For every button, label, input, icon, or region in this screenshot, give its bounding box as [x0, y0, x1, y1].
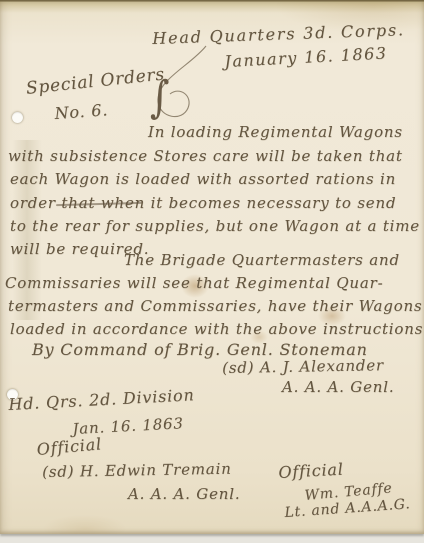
- signature-alexander-title: A. A. A. Genl.: [282, 378, 394, 396]
- endorsement-hq-line: Hd. Qrs. 2d. Division: [8, 385, 195, 414]
- punch-hole-top: [12, 112, 23, 123]
- signature-teaffe-title: Lt. and A.A.A.G.: [284, 496, 411, 522]
- order-number: No. 6.: [54, 100, 109, 123]
- body-line: with subsistence Stores care will be tak…: [8, 147, 403, 165]
- order-brace: ∫: [150, 72, 169, 123]
- signature-tremain-title: A. A. A. Genl.: [128, 485, 240, 503]
- command-line: By Command of Brig. Genl. Stoneman: [32, 340, 368, 359]
- official2-label: Official: [278, 460, 344, 483]
- body-line: loaded in accordance with the above inst…: [10, 320, 423, 338]
- signature-alexander: (sd) A. J. Alexander: [222, 356, 384, 377]
- endorsement-official-label: Official: [36, 434, 103, 459]
- document-page: Head Quarters 3d. Corps. January 16. 186…: [0, 0, 424, 534]
- body-line: In loading Regimental Wagons: [148, 123, 403, 141]
- body-line: Commissaries will see that Regimental Qu…: [5, 274, 383, 292]
- signature-tremain: (sd) H. Edwin Tremain: [42, 460, 232, 481]
- order-title: Special Orders: [25, 64, 166, 99]
- body-line: to the rear for supplies, but one Wagon …: [10, 217, 420, 235]
- body-line: each Wagon is loaded with assorted ratio…: [10, 170, 396, 188]
- paper-top-edge: [0, 0, 424, 2]
- body-line: termasters and Commissaries, have their …: [8, 297, 423, 315]
- body-line: The Brigade Quartermasters and: [124, 251, 400, 269]
- date-line: January 16. 1863: [224, 43, 388, 71]
